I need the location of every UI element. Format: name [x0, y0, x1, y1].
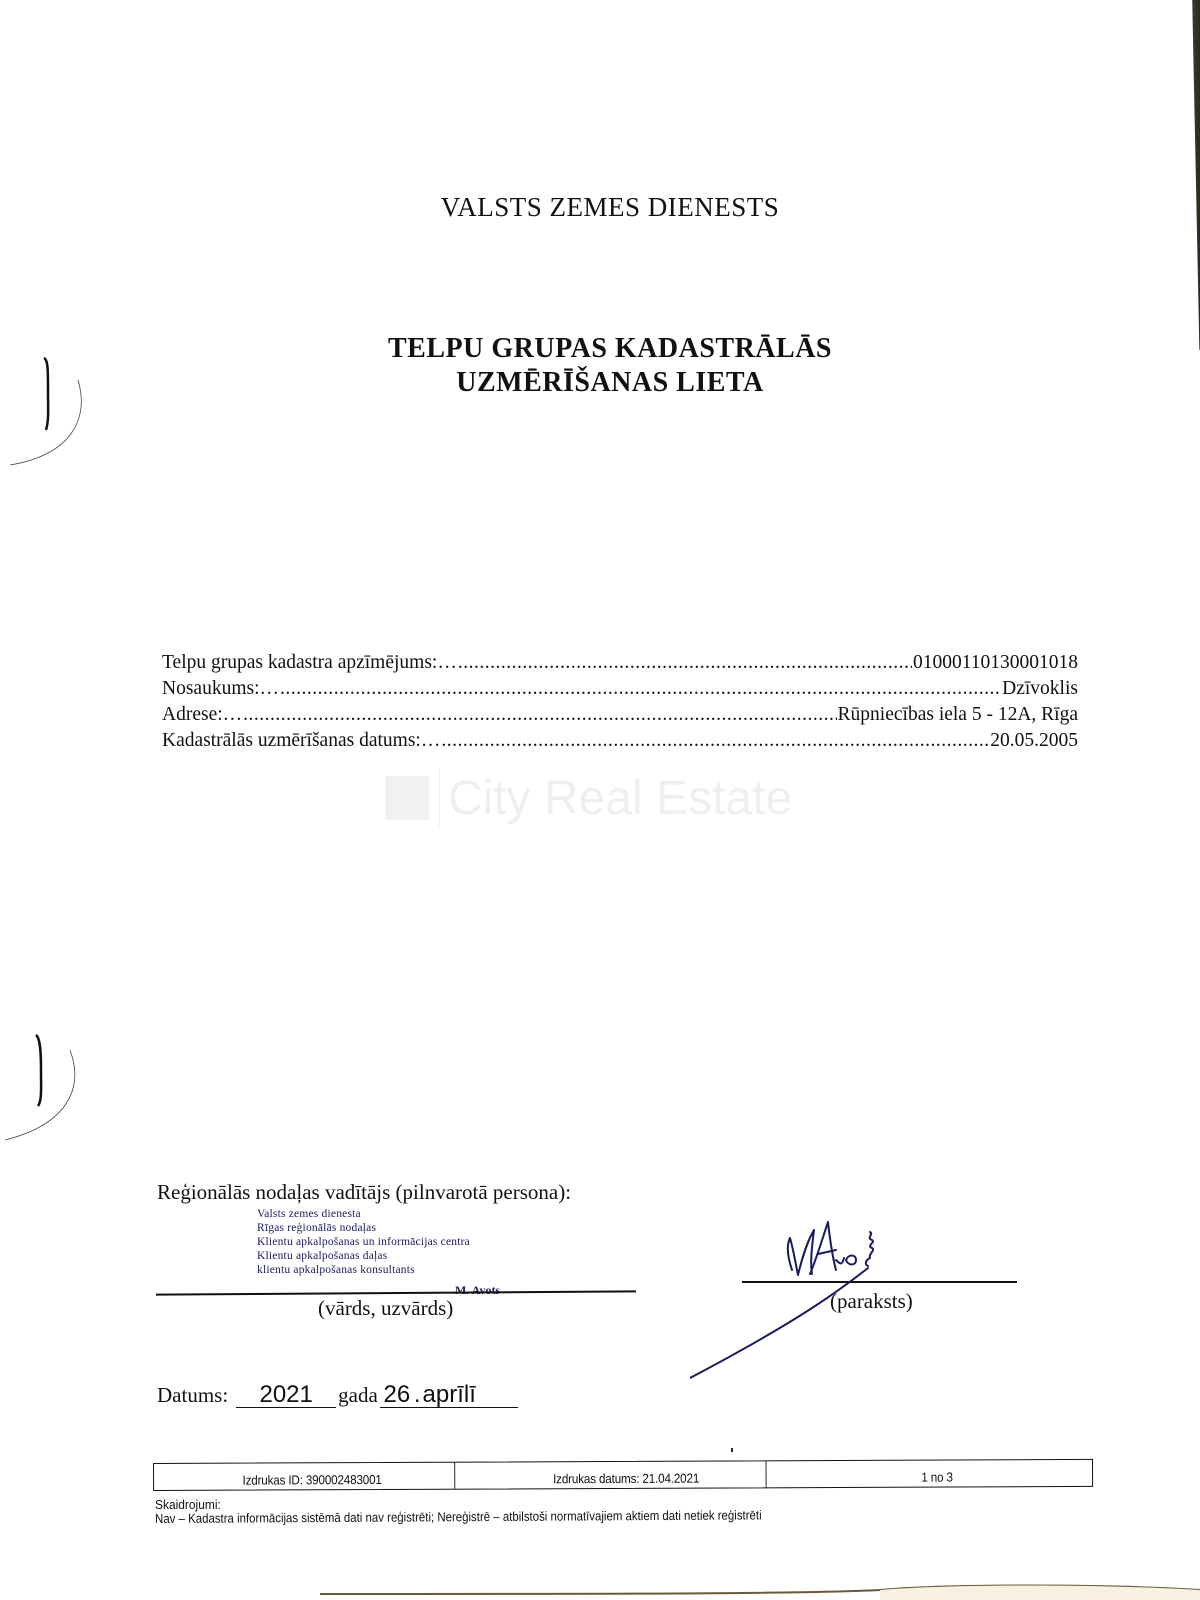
leader-dots: [280, 676, 1001, 702]
date-month: aprīlī: [421, 1383, 518, 1408]
stamp-line: Rīgas reģionālās nodaļas: [257, 1221, 470, 1235]
field-value: 20.05.2005: [990, 728, 1078, 754]
document-title: TELPU GRUPAS KADASTRĀLĀS UZMĒRĪŠANAS LIE…: [0, 332, 1200, 400]
date-separator: .: [414, 1383, 421, 1408]
document-title-line1: TELPU GRUPAS KADASTRĀLĀS: [0, 332, 1200, 366]
print-info-table: Izdrukas ID: 390002483001 Izdrukas datum…: [153, 1459, 1093, 1491]
stamp-line: Klientu apkalpošanas daļas: [257, 1249, 470, 1263]
punch-hole-mark-bottom: [0, 1030, 100, 1160]
print-date: Izdrukas datums: 21.04.2021: [487, 1461, 767, 1488]
leader-dots: [441, 728, 989, 754]
field-name: Nosaukums:… Dzīvoklis: [162, 676, 1078, 702]
document-title-line2: UZMĒRĪŠANAS LIETA: [0, 366, 1200, 400]
field-value: Rūpniecības iela 5 - 12A, Rīga: [838, 702, 1078, 728]
handwritten-signature: [690, 1210, 930, 1380]
explanations-text: Nav – Kadastra informācijas sistēmā dati…: [155, 1507, 762, 1526]
field-label: Nosaukums:…: [162, 676, 279, 702]
stamp-line: klientu apkalpošanas konsultants: [257, 1263, 470, 1277]
field-label: Kadastrālās uzmērīšanas datums:…: [162, 728, 440, 754]
print-id: Izdrukas ID: 390002483001: [170, 1463, 455, 1490]
field-cadastral-designation: Telpu grupas kadastra apzīmējums:… 01000…: [162, 650, 1078, 676]
property-fields: Telpu grupas kadastra apzīmējums:… 01000…: [162, 650, 1078, 754]
scan-speck: [731, 1448, 733, 1452]
leader-dots: [458, 650, 912, 676]
watermark-logo-icon: [385, 776, 429, 820]
signer-heading: Reģionālās nodaļas vadītājs (pilnvarotā …: [157, 1180, 571, 1205]
date-year: 2021: [236, 1383, 336, 1408]
name-caption: (vārds, uzvārds): [318, 1296, 453, 1321]
field-value: Dzīvoklis: [1002, 676, 1078, 702]
date-label: Datums:: [157, 1383, 228, 1408]
page-bottom-edge: [0, 1580, 1200, 1600]
field-value: 01000110130001018: [913, 650, 1078, 676]
field-label: Adrese:…: [162, 702, 242, 728]
name-signature-line: [156, 1290, 636, 1295]
date-day: 26: [380, 1383, 414, 1408]
date-gada: gada: [338, 1383, 378, 1408]
watermark-text: City Real Estate: [448, 771, 792, 826]
field-label: Telpu grupas kadastra apzīmējums:…: [162, 650, 457, 676]
organization-name: VALSTS ZEMES DIENESTS: [0, 192, 1200, 223]
page-number: 1 no 3: [797, 1460, 1076, 1487]
date-line: Datums: 2021 gada 26 . aprīlī: [157, 1383, 518, 1408]
official-stamp: Valsts zemes dienesta Rīgas reģionālās n…: [257, 1207, 470, 1277]
field-address: Adrese:… Rūpniecības iela 5 - 12A, Rīga: [162, 702, 1078, 728]
field-survey-date: Kadastrālās uzmērīšanas datums:… 20.05.2…: [162, 728, 1078, 754]
stamp-line: Valsts zemes dienesta: [257, 1207, 470, 1221]
stamp-line: Klientu apkalpošanas un informācijas cen…: [257, 1235, 470, 1249]
document-page: VALSTS ZEMES DIENESTS TELPU GRUPAS KADAS…: [0, 0, 1200, 1600]
binding-edge: [1188, 0, 1200, 350]
watermark-divider: [439, 768, 440, 828]
leader-dots: [243, 702, 836, 728]
watermark: City Real Estate: [385, 768, 792, 828]
